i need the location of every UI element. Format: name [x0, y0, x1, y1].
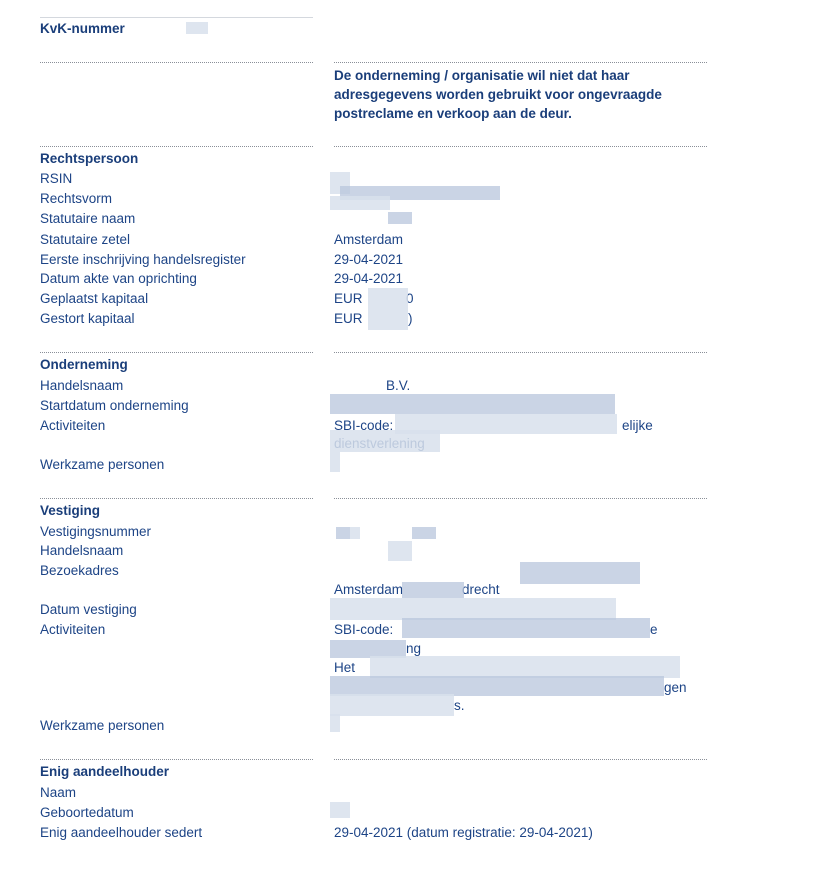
redaction-overlay: [330, 196, 390, 210]
redacted-kapitaal: [368, 288, 408, 330]
value-eerste-inschrijving: 29-04-2021: [334, 252, 403, 267]
redacted-activiteiten-line2: [330, 430, 440, 452]
redacted-bezoekadres-line2: [402, 582, 464, 598]
section-title-onderneming: Onderneming: [40, 357, 128, 372]
value-activiteiten-tail: elijke: [622, 418, 653, 433]
label-vestigingsnummer: Vestigingsnummer: [40, 524, 151, 539]
label-rechtsvorm: Rechtsvorm: [40, 191, 112, 206]
redacted-datum-vestiging: [330, 598, 616, 620]
label-handelsnaam-vestiging: Handelsnaam: [40, 543, 123, 558]
divider: [40, 759, 313, 760]
label-statutaire-zetel: Statutaire zetel: [40, 232, 130, 247]
redacted-geboortedatum: [330, 802, 350, 818]
kvk-number-label: KvK-nummer: [40, 21, 125, 36]
label-aandeelhouder-sedert: Enig aandeelhouder sedert: [40, 825, 202, 840]
value-activiteiten-vestiging-line3: Het: [334, 660, 355, 675]
value-geplaatst-kapitaal: EUR: [334, 291, 363, 306]
value-gestort-kapitaal: EUR: [334, 311, 363, 326]
value-bezoekadres-city: Amsterdam: [334, 582, 403, 597]
label-datum-akte: Datum akte van oprichting: [40, 271, 197, 286]
value-activiteiten-vestiging-line4-tail: gen: [664, 680, 687, 695]
redacted-vestigingsnummer: [412, 527, 436, 539]
divider: [40, 146, 313, 147]
redacted-bezoekadres: [520, 562, 640, 584]
top-divider: [40, 17, 313, 18]
label-geboortedatum: Geboortedatum: [40, 805, 134, 820]
redacted-activiteiten-vestiging: [402, 618, 650, 638]
label-handelsnaam: Handelsnaam: [40, 378, 123, 393]
redacted-vestigingsnummer: [336, 527, 350, 539]
value-aandeelhouder-sedert: 29-04-2021 (datum registratie: 29-04-202…: [334, 825, 593, 840]
label-statutaire-naam: Statutaire naam: [40, 211, 135, 226]
label-activiteiten-vestiging: Activiteiten: [40, 622, 105, 637]
value-statutaire-zetel: Amsterdam: [334, 232, 403, 247]
redaction-overlay: [370, 656, 680, 678]
label-werkzame-personen-vestiging: Werkzame personen: [40, 718, 164, 733]
value-bezoekadres-tail: drecht: [462, 582, 500, 597]
label-startdatum: Startdatum onderneming: [40, 398, 189, 413]
redaction-overlay: [330, 694, 454, 716]
label-rsin: RSIN: [40, 171, 72, 186]
section-title-aandeelhouder: Enig aandeelhouder: [40, 764, 169, 779]
value-activiteiten-vestiging-tail: e: [650, 622, 658, 637]
divider: [40, 498, 313, 499]
redacted-statutaire-naam: [388, 212, 412, 224]
label-bezoekadres: Bezoekadres: [40, 563, 119, 578]
value-activiteiten-vestiging: SBI-code:: [334, 622, 393, 637]
label-werkzame-personen: Werkzame personen: [40, 457, 164, 472]
divider: [334, 759, 707, 760]
section-title-rechtspersoon: Rechtspersoon: [40, 151, 138, 166]
advertising-notice: De onderneming / organisatie wil niet da…: [334, 66, 714, 123]
redacted-handelsnaam: [388, 541, 412, 561]
value-datum-akte: 29-04-2021: [334, 271, 403, 286]
section-title-vestiging: Vestiging: [40, 503, 100, 518]
redaction-overlay: [350, 527, 360, 539]
divider: [40, 352, 313, 353]
divider: [334, 62, 707, 63]
redaction-overlay: [330, 714, 340, 732]
value-handelsnaam: B.V.: [386, 378, 410, 393]
divider: [334, 352, 707, 353]
value-activiteiten-vestiging-line5-tail: s.: [454, 698, 465, 713]
label-naam: Naam: [40, 785, 76, 800]
divider: [334, 498, 707, 499]
value-gestort-kapitaal-tail: ): [408, 311, 413, 326]
redaction-overlay: [330, 676, 664, 696]
label-datum-vestiging: Datum vestiging: [40, 602, 137, 617]
label-gestort-kapitaal: Gestort kapitaal: [40, 311, 135, 326]
redacted-kvk-number: [186, 22, 208, 34]
divider: [334, 146, 707, 147]
value-activiteiten-vestiging-line2-tail: ng: [406, 641, 421, 656]
redacted-startdatum: [330, 394, 615, 414]
label-activiteiten: Activiteiten: [40, 418, 105, 433]
label-geplaatst-kapitaal: Geplaatst kapitaal: [40, 291, 148, 306]
redaction-overlay: [330, 452, 340, 472]
label-eerste-inschrijving: Eerste inschrijving handelsregister: [40, 252, 246, 267]
divider: [40, 62, 313, 63]
